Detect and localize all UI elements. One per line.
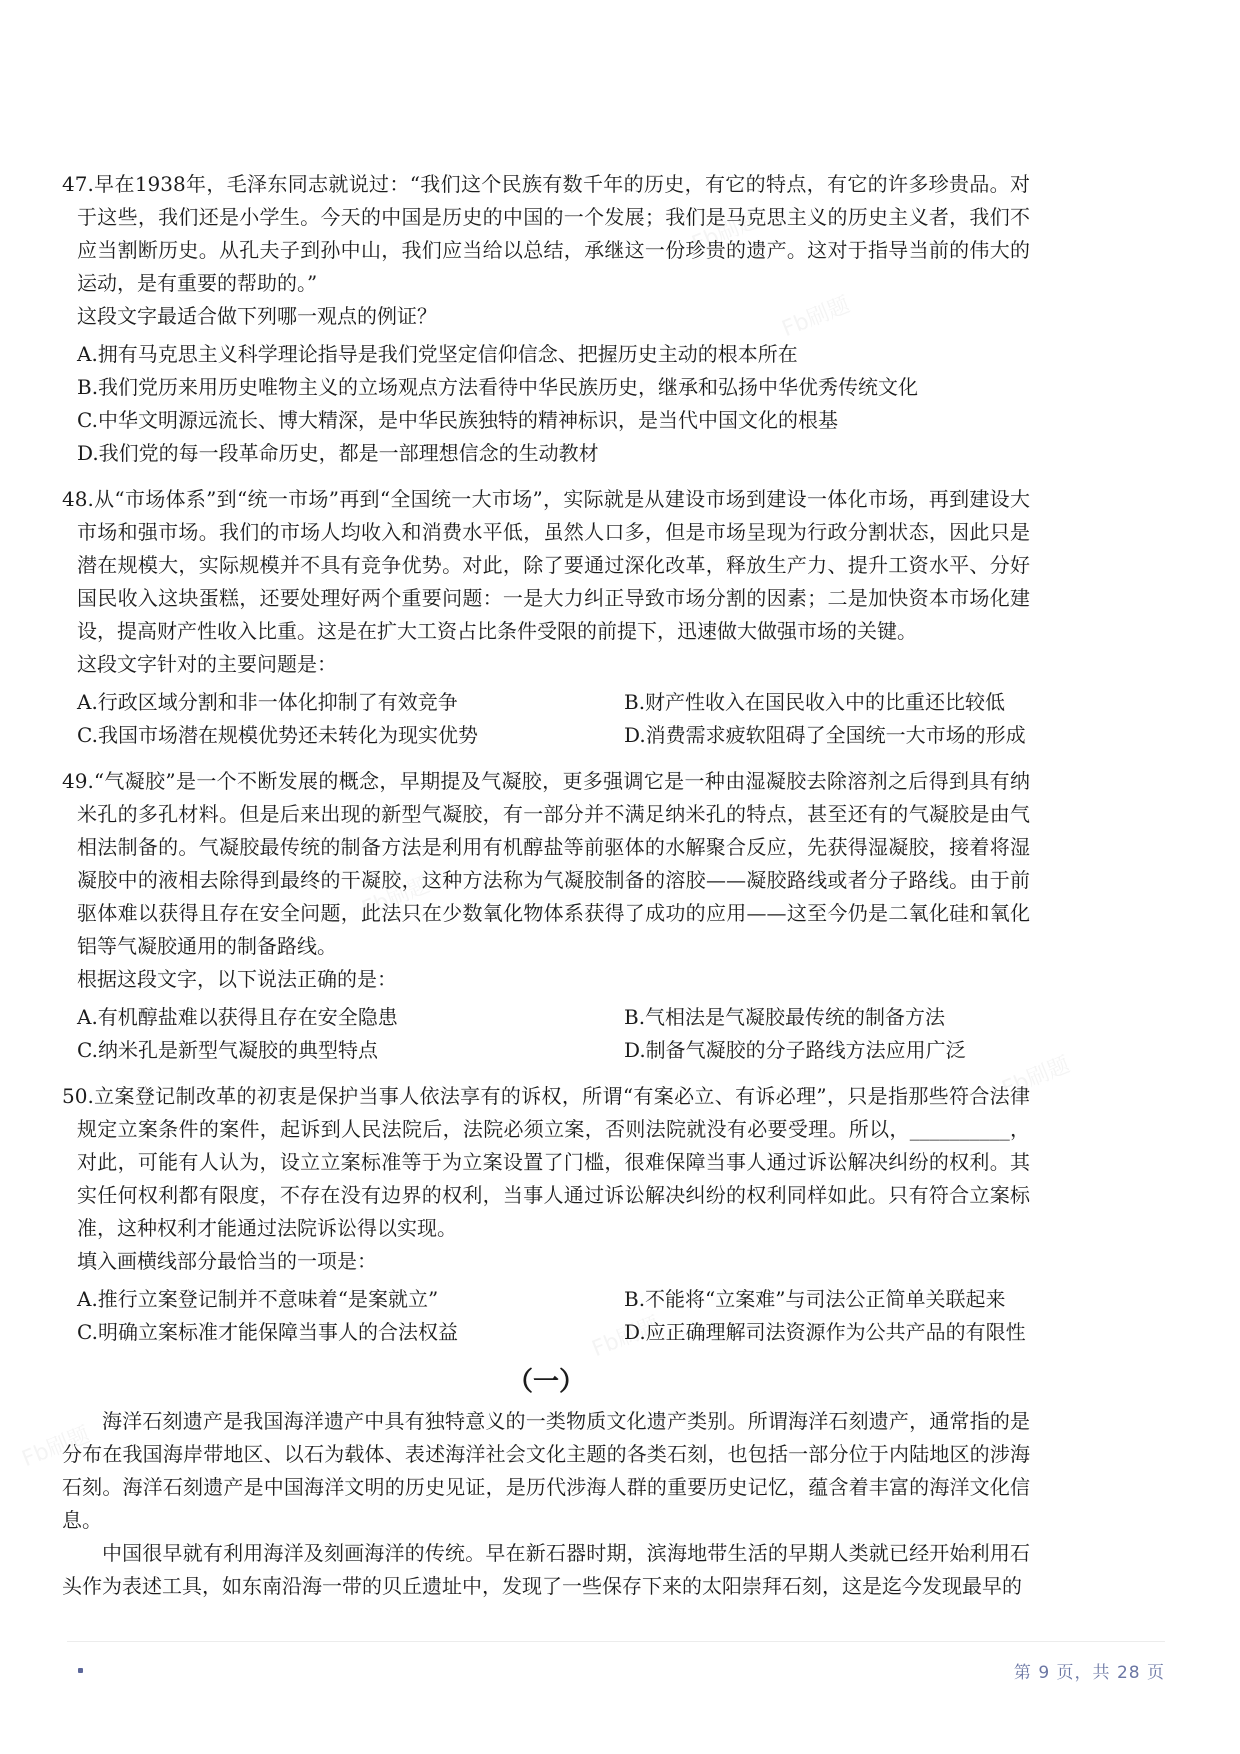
page-number-indicator: 第 9 页，共 28 页 [1014, 1658, 1165, 1683]
section-heading: （一） [62, 1362, 1030, 1402]
option-b: B.气相法是气凝胶最传统的制备方法 [624, 1001, 1030, 1034]
question-stem-text: “气凝胶”是一个不断发展的概念，早期提及气凝胶，更多强调它是一种由湿凝胶去除溶剂… [77, 769, 1030, 958]
reading-passage: 海洋石刻遗产是我国海洋遗产中具有独特意义的一类物质文化遗产类别。所谓海洋石刻遗产… [62, 1405, 1030, 1603]
question-stem: 50.立案登记制改革的初衷是保护当事人依法享有的诉权，所谓“有案必立、有诉必理”… [62, 1080, 1030, 1245]
option-a: A.有机醇盐难以获得且存在安全隐患 [77, 1001, 624, 1034]
question-stem-text: 早在1938年，毛泽东同志就说过：“我们这个民族有数千年的历史，有它的特点，有它… [77, 172, 1030, 295]
question-number: 49. [62, 769, 94, 793]
question-stem: 48.从“市场体系”到“统一市场”再到“全国统一大市场”，实际就是从建设市场到建… [62, 483, 1030, 648]
question-47: 47.早在1938年，毛泽东同志就说过：“我们这个民族有数千年的历史，有它的特点… [62, 168, 1030, 470]
option-d: D.应正确理解司法资源作为公共产品的有限性 [624, 1316, 1030, 1349]
option-c: C.明确立案标准才能保障当事人的合法权益 [77, 1316, 624, 1349]
passage-paragraph-1: 海洋石刻遗产是我国海洋遗产中具有独特意义的一类物质文化遗产类别。所谓海洋石刻遗产… [62, 1405, 1030, 1537]
question-prompt: 根据这段文字，以下说法正确的是： [77, 963, 1030, 996]
option-d: D.制备气凝胶的分子路线方法应用广泛 [624, 1034, 1030, 1067]
options-list: A.推行立案登记制并不意味着“是案就立” B.不能将“立案难”与司法公正简单关联… [77, 1283, 1030, 1349]
question-stem-text: 从“市场体系”到“统一市场”再到“全国统一大市场”，实际就是从建设市场到建设一体… [77, 487, 1030, 643]
option-d: D.消费需求疲软阻碍了全国统一大市场的形成 [624, 719, 1030, 752]
option-a: A.拥有马克思主义科学理论指导是我们党坚定信仰信念、把握历史主动的根本所在 [77, 338, 1030, 371]
option-b: B.不能将“立案难”与司法公正简单关联起来 [624, 1283, 1030, 1316]
options-list: A.拥有马克思主义科学理论指导是我们党坚定信仰信念、把握历史主动的根本所在 B.… [77, 338, 1030, 470]
options-list: A.行政区域分割和非一体化抑制了有效竞争 B.财产性收入在国民收入中的比重还比较… [77, 686, 1030, 752]
option-b: B.我们党历来用历史唯物主义的立场观点方法看待中华民族历史，继承和弘扬中华优秀传… [77, 371, 1030, 404]
question-prompt: 这段文字最适合做下列哪一观点的例证？ [77, 300, 1030, 333]
question-stem: 49.“气凝胶”是一个不断发展的概念，早期提及气凝胶，更多强调它是一种由湿凝胶去… [62, 765, 1030, 963]
option-c: C.我国市场潜在规模优势还未转化为现实优势 [77, 719, 624, 752]
document-page: Fb刷题 Fb刷题 Fb刷题 Fb刷题 Fb刷题 Fb刷题 47.早在1938年… [0, 0, 1240, 1754]
question-stem: 47.早在1938年，毛泽东同志就说过：“我们这个民族有数千年的历史，有它的特点… [62, 168, 1030, 300]
question-50: 50.立案登记制改革的初衷是保护当事人依法享有的诉权，所谓“有案必立、有诉必理”… [62, 1080, 1030, 1349]
footer-marker-dot [78, 1668, 83, 1673]
option-b: B.财产性收入在国民收入中的比重还比较低 [624, 686, 1030, 719]
question-number: 47. [62, 172, 94, 196]
question-stem-text: 立案登记制改革的初衷是保护当事人依法享有的诉权，所谓“有案必立、有诉必理”，只是… [77, 1084, 1030, 1240]
question-prompt: 填入画横线部分最恰当的一项是： [77, 1245, 1030, 1278]
question-number: 48. [62, 487, 94, 511]
options-list: A.有机醇盐难以获得且存在安全隐患 B.气相法是气凝胶最传统的制备方法 C.纳米… [77, 1001, 1030, 1067]
question-48: 48.从“市场体系”到“统一市场”再到“全国统一大市场”，实际就是从建设市场到建… [62, 483, 1030, 752]
page-content: 47.早在1938年，毛泽东同志就说过：“我们这个民族有数千年的历史，有它的特点… [62, 168, 1030, 1603]
question-49: 49.“气凝胶”是一个不断发展的概念，早期提及气凝胶，更多强调它是一种由湿凝胶去… [62, 765, 1030, 1067]
question-prompt: 这段文字针对的主要问题是： [77, 648, 1030, 681]
option-c: C.纳米孔是新型气凝胶的典型特点 [77, 1034, 624, 1067]
option-d: D.我们党的每一段革命历史，都是一部理想信念的生动教材 [77, 437, 1030, 470]
option-a: A.行政区域分割和非一体化抑制了有效竞争 [77, 686, 624, 719]
question-number: 50. [62, 1084, 94, 1108]
option-a: A.推行立案登记制并不意味着“是案就立” [77, 1283, 624, 1316]
footer-divider [67, 1641, 1165, 1642]
passage-paragraph-2: 中国很早就有利用海洋及刻画海洋的传统。早在新石器时期，滨海地带生活的早期人类就已… [62, 1537, 1030, 1603]
option-c: C.中华文明源远流长、博大精深，是中华民族独特的精神标识，是当代中国文化的根基 [77, 404, 1030, 437]
